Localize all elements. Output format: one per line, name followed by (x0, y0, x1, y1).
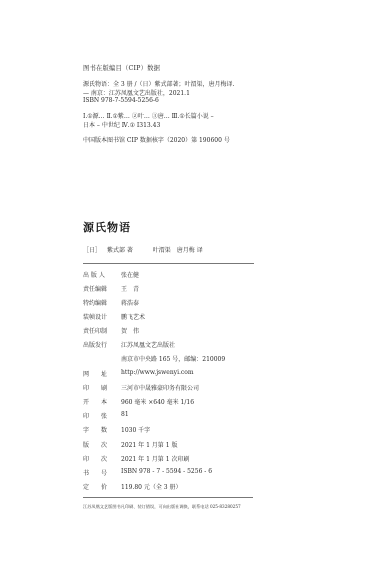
credit-label: 字 数 (83, 425, 121, 434)
cip-heading: 图书在版编目（CIP）数据 (83, 63, 160, 72)
credit-label (83, 354, 121, 363)
credit-row-editor: 责任编辑 王 青 (83, 284, 139, 293)
credit-label: 特约编辑 (83, 298, 121, 307)
credit-row-design: 装帧设计 鹏飞艺术 (83, 312, 145, 321)
credit-value: 蒋浩泰 (121, 298, 139, 307)
credit-value: 张在健 (121, 270, 139, 279)
cip-record-line: — 南京：江苏凤凰文艺出版社，2021.1 (83, 88, 190, 97)
credit-row-special-editor: 特约编辑 蒋浩泰 (83, 298, 139, 307)
cip-subject-line: 日本 – 中世纪 Ⅳ.① I313.43 (83, 120, 160, 129)
credit-row-word-count: 字 数 1030 千字 (83, 425, 150, 434)
cip-subject-line: Ⅰ.①源… Ⅱ.①紫… ②叶… ③唐… Ⅲ.①长篇小说 – (83, 111, 214, 120)
credit-value: ISBN 978 - 7 - 5594 - 5256 - 6 (121, 468, 212, 477)
divider-top (83, 263, 254, 264)
credit-value: 三河市中晟雅豪印务有限公司 (121, 383, 199, 392)
credit-value: 119.80 元（全 3 册） (121, 482, 182, 491)
credit-row-sheets: 印 张 81 (83, 411, 129, 420)
credit-label: 定 价 (83, 482, 121, 491)
credit-row-publisher: 出 版 人 张在健 (83, 270, 139, 279)
author-nationality: ［日］ (83, 247, 101, 254)
credit-value: 1030 千字 (121, 425, 150, 434)
credit-value: 2021 年 1 月第 1 版 (121, 440, 177, 449)
credit-row-printer: 印 刷 三河市中晟雅豪印务有限公司 (83, 383, 199, 392)
credit-row-edition: 版 次 2021 年 1 月第 1 版 (83, 440, 177, 449)
credit-value: 南京市中央路 165 号，邮编：210009 (121, 354, 225, 363)
credit-label: 责任印制 (83, 326, 121, 335)
translators: 叶渭渠 唐月梅 译 (153, 247, 203, 254)
credit-value: 81 (121, 411, 129, 420)
credit-label: 版 次 (83, 440, 121, 449)
credit-label: 印 次 (83, 454, 121, 463)
credit-row-format: 开 本 960 毫米 ×640 毫米 1/16 (83, 397, 194, 406)
credit-value: 江苏凤凰文艺出版社 (121, 340, 175, 349)
book-title: 源氏物语 (83, 219, 131, 235)
cip-record-line: 源氏物语：全 3 册 /（日）紫式部著；叶渭渠，唐月梅译. (83, 79, 234, 88)
credit-value: 鹏飞艺术 (121, 312, 145, 321)
credit-row-isbn: 书 号 ISBN 978 - 7 - 5594 - 5256 - 6 (83, 468, 212, 477)
cip-record-line: ISBN 978-7-5594-5256-6 (83, 97, 159, 104)
credit-value: 2021 年 1 月第 1 次印刷 (121, 454, 189, 463)
credit-row-website: 网 址 http://www.jswenyi.com (83, 369, 194, 378)
credit-label: 出版发行 (83, 340, 121, 349)
footer-notice: 江苏凤凰文艺版图书凡印刷、装订错误，可向出版社调换，联系电话 025-83280… (83, 504, 241, 510)
credit-label: 印 刷 (83, 383, 121, 392)
copyright-page: 图书在版编目（CIP）数据 源氏物语：全 3 册 /（日）紫式部著；叶渭渠，唐月… (0, 0, 375, 573)
credit-label: 责任编辑 (83, 284, 121, 293)
cip-approval-number: 中国版本图书馆 CIP 数据核字（2020）第 190600 号 (83, 135, 230, 144)
credit-label: 装帧设计 (83, 312, 121, 321)
credit-label: 印 张 (83, 411, 121, 420)
credit-label: 网 址 (83, 369, 121, 378)
credit-value: http://www.jswenyi.com (121, 369, 194, 378)
credit-row-price: 定 价 119.80 元（全 3 册） (83, 482, 182, 491)
credit-value: 贺 伟 (121, 326, 139, 335)
credit-value: 960 毫米 ×640 毫米 1/16 (121, 397, 194, 406)
credit-label: 出 版 人 (83, 270, 121, 279)
credit-value: 王 青 (121, 284, 139, 293)
author-line: ［日］ 紫式部 著 叶渭渠 唐月梅 译 (83, 245, 207, 254)
credit-row-distribution: 出版发行 江苏凤凰文艺出版社 (83, 340, 175, 349)
author-name: 紫式部 著 (107, 247, 133, 254)
credit-row-printing-manager: 责任印制 贺 伟 (83, 326, 139, 335)
credit-row-address: 南京市中央路 165 号，邮编：210009 (83, 354, 225, 363)
credit-label: 书 号 (83, 468, 121, 477)
credit-row-impression: 印 次 2021 年 1 月第 1 次印刷 (83, 454, 189, 463)
credit-label: 开 本 (83, 397, 121, 406)
divider-bottom (83, 497, 253, 498)
